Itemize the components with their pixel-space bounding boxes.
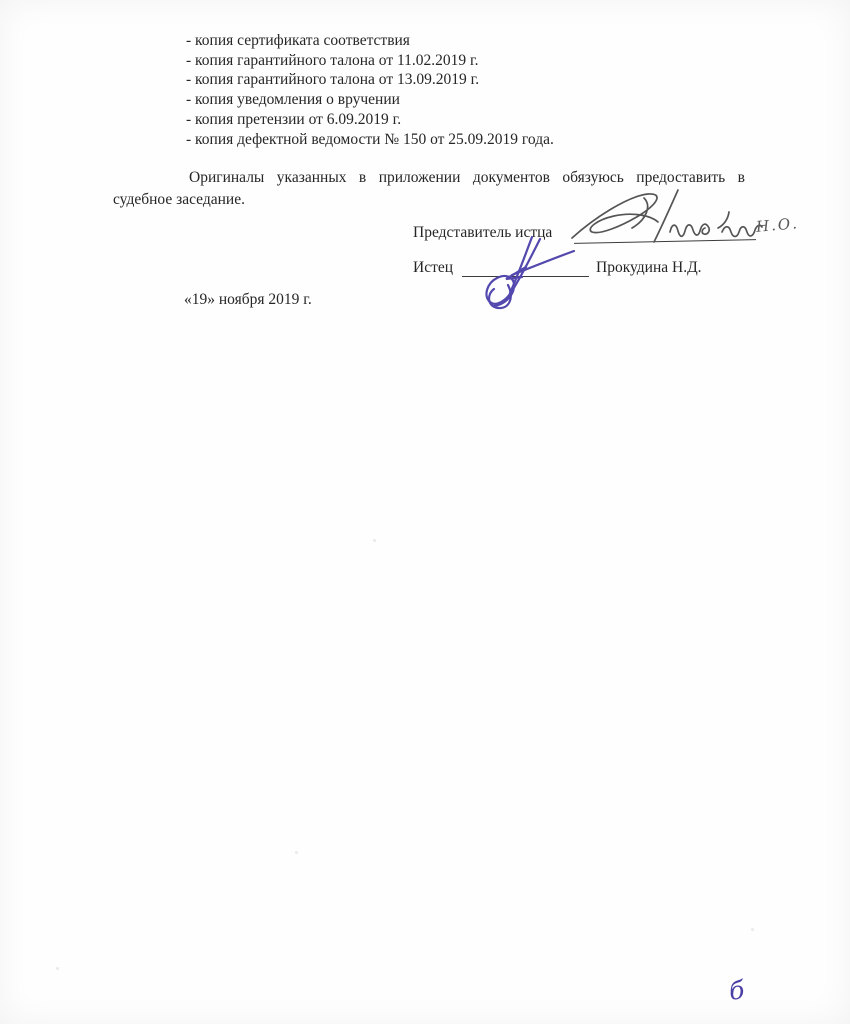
plaintiff-signature-ink bbox=[448, 233, 580, 311]
document-date: «19» ноября 2019 г. bbox=[184, 291, 312, 309]
scanned-document-page: - копия сертификата соответствия - копия… bbox=[0, 0, 850, 1024]
commitment-paragraph-line-1: Оригиналы указанных в приложении докумен… bbox=[113, 169, 745, 187]
scan-speck bbox=[751, 928, 754, 931]
attachment-item: - копия сертификата соответствия bbox=[186, 31, 554, 51]
handwritten-page-number: б bbox=[727, 975, 746, 1006]
commitment-paragraph-line-2: судебное заседание. bbox=[113, 190, 245, 210]
representative-signature-initials: Н.О. bbox=[755, 214, 799, 236]
scan-speck bbox=[295, 851, 298, 854]
scan-speck bbox=[56, 967, 59, 970]
attachments-list: - копия сертификата соответствия - копия… bbox=[186, 31, 554, 149]
attachment-item: - копия гарантийного талона от 11.02.201… bbox=[186, 51, 554, 71]
attachment-item: - копия дефектной ведомости № 150 от 25.… bbox=[186, 130, 554, 150]
scan-speck bbox=[373, 539, 376, 542]
attachment-item: - копия гарантийного талона от 13.09.201… bbox=[186, 70, 554, 90]
attachment-item: - копия претензии от 6.09.2019 г. bbox=[186, 110, 554, 130]
plaintiff-name: Прокудина Н.Д. bbox=[596, 259, 702, 277]
attachment-item: - копия уведомления о вручении bbox=[186, 90, 554, 110]
